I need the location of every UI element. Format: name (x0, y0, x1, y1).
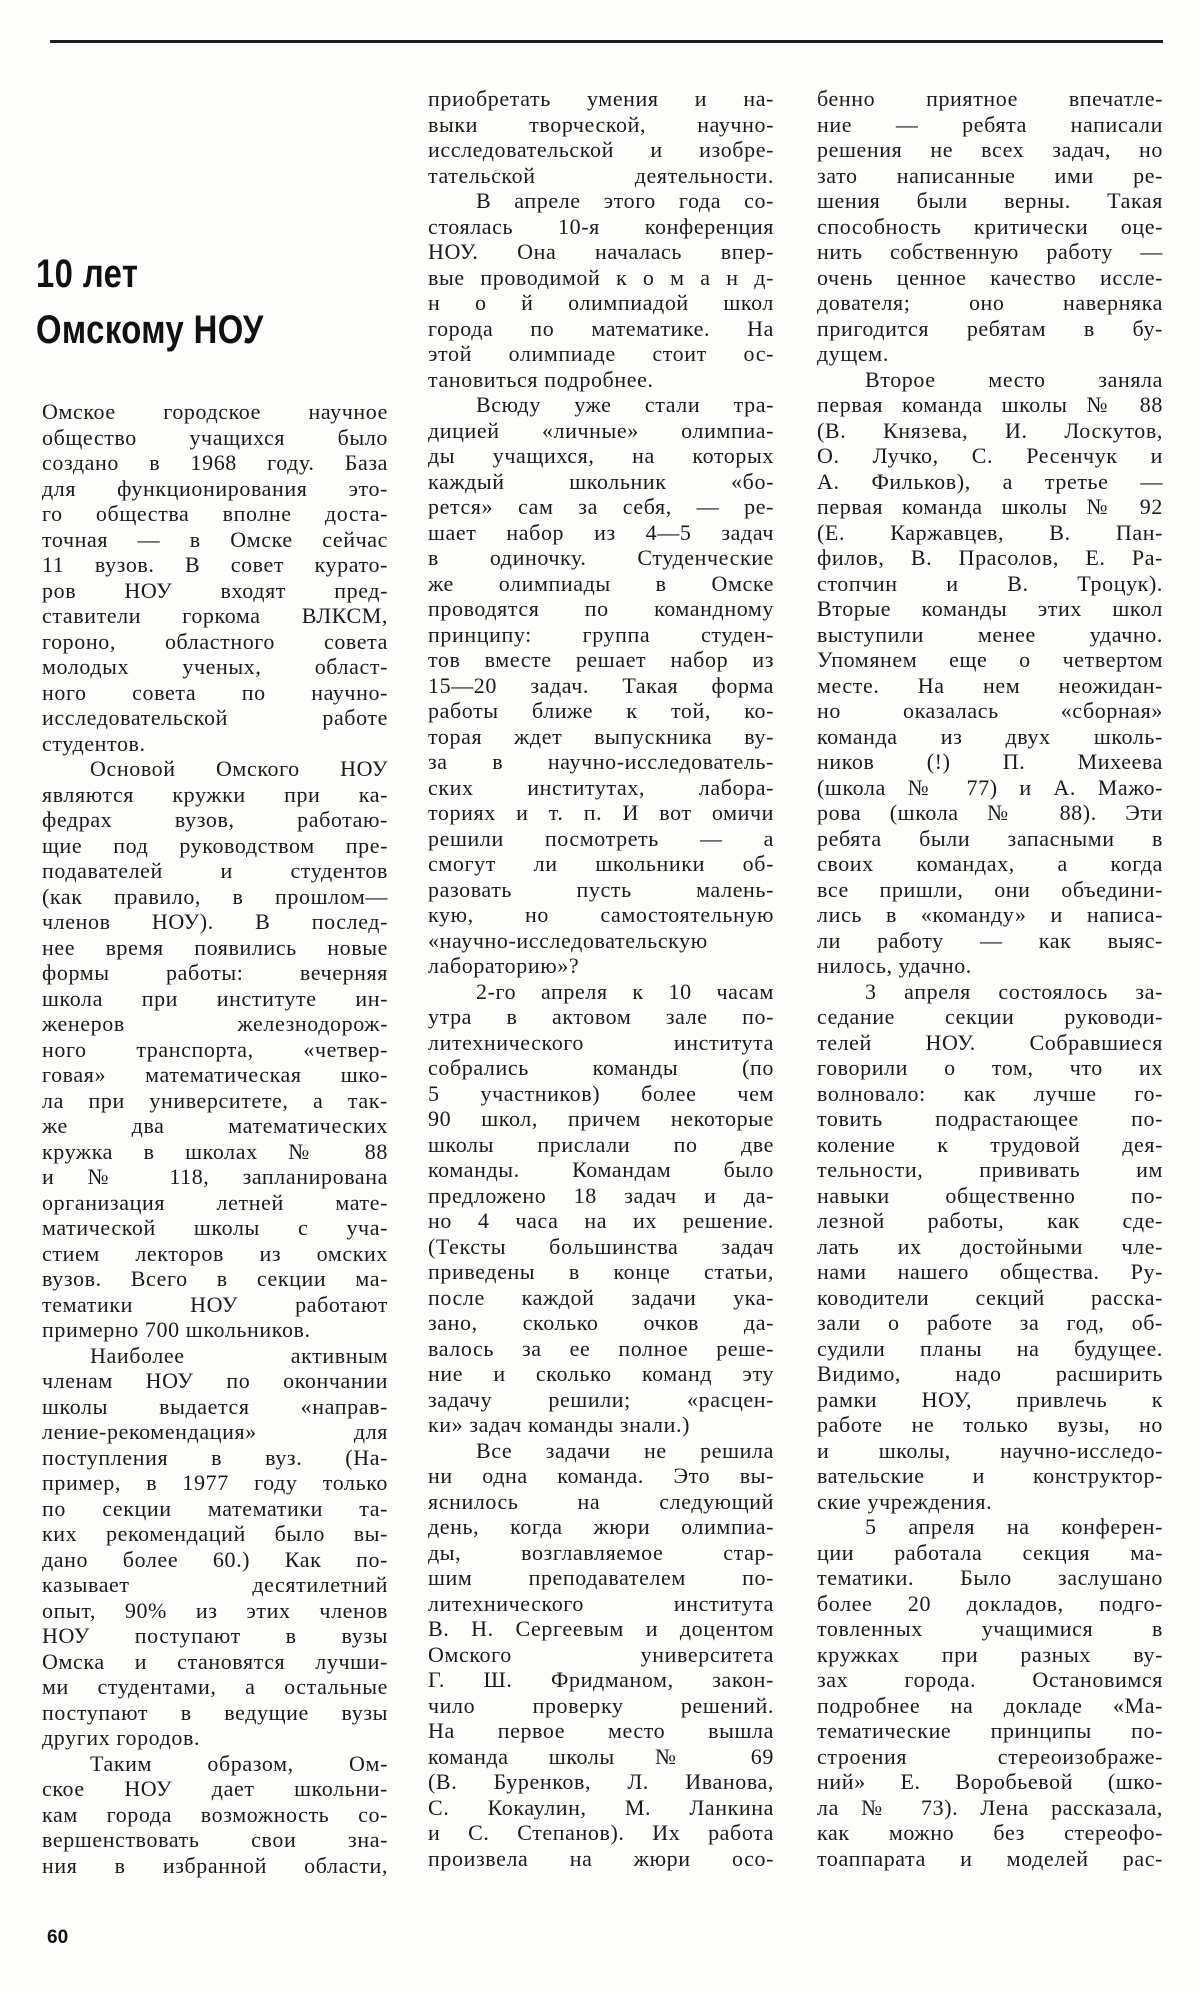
text-line: ководители секций расска- (817, 1285, 1163, 1311)
text-line: валось за ее полное реше- (428, 1336, 774, 1362)
text-line: работы ближе к той, ко- (428, 698, 774, 724)
text-line: проводятся по командному (428, 596, 774, 622)
text-line: н о й олимпиадой школ (428, 290, 774, 316)
text-line: команды. Командам было (428, 1157, 774, 1183)
text-line: На первое место вышла (428, 1718, 774, 1744)
text-line: ские учреждения. (817, 1489, 1163, 1515)
text-line: школа при институте ин- (42, 986, 388, 1012)
text-line: 15—20 задач. Такая форма (428, 673, 774, 699)
text-line: (школа № 77) и А. Мажо- (817, 775, 1163, 801)
text-line: Омска и становятся лучши- (42, 1649, 388, 1675)
text-line: собрались команды (по (428, 1055, 774, 1081)
text-line: Все задачи не решила (428, 1438, 774, 1464)
text-line: исследовательской работе (42, 705, 388, 731)
text-line: точная — в Омске сейчас (42, 527, 388, 553)
text-line: ких рекомендаций было вы- (42, 1521, 388, 1547)
text-line: ториях и т. п. И вот омичи (428, 800, 774, 826)
text-line: лезной работы, как сде- (817, 1208, 1163, 1234)
text-line: ции работала секция ма- (817, 1540, 1163, 1566)
text-line: товить подрастающее по- (817, 1106, 1163, 1132)
text-line: первая команда школы № 88 (817, 392, 1163, 418)
text-line: после каждой задачи ука- (428, 1285, 774, 1311)
text-line: же олимпиады в Омске (428, 571, 774, 597)
text-line: членов НОУ). В послед- (42, 909, 388, 935)
text-line: нами нашего общества. Ру- (817, 1259, 1163, 1285)
text-line: смогут ли школьники об- (428, 851, 774, 877)
text-line: выступили менее удачно. (817, 622, 1163, 648)
text-line: 3 апреля состоялось за- (817, 979, 1163, 1005)
text-line: кружках при разных ву- (817, 1642, 1163, 1668)
text-line: способность критически оце- (817, 214, 1163, 240)
text-line: решения не всех задач, но (817, 137, 1163, 163)
text-line: рамки НОУ, привлечь к (817, 1387, 1163, 1413)
text-line: общество учащихся было (42, 425, 388, 451)
text-line: студентов. (42, 731, 388, 757)
text-line: создано в 1968 году. База (42, 450, 388, 476)
text-line: каждый школьник «бо- (428, 469, 774, 495)
text-line: стием лекторов из омских (42, 1241, 388, 1267)
text-line: но 4 часа на их решение. (428, 1208, 774, 1234)
text-line: го общества вполне доста- (42, 501, 388, 527)
text-line: ла при университете, а так- (42, 1088, 388, 1114)
text-line: судили планы на будущее. (817, 1336, 1163, 1362)
text-line: тательской деятельности. (428, 163, 774, 189)
text-line: дователя; оно наверняка (817, 290, 1163, 316)
text-line: казывает десятилетний (42, 1572, 388, 1598)
text-line: команда школы № 69 (428, 1744, 774, 1770)
article-title-line-1: 10 лет (36, 246, 264, 302)
text-line: и школы, научно-исследо- (817, 1438, 1163, 1464)
text-line: коление к трудовой дея- (817, 1132, 1163, 1158)
text-line: нилось, удачно. (817, 953, 1163, 979)
article-title: 10 лет Омскому НОУ (36, 246, 264, 358)
text-line: тоаппарата и моделей рас- (817, 1846, 1163, 1872)
text-line: Упомянем еще о четвертом (817, 647, 1163, 673)
text-line: ний» Е. Воробьевой (шко- (817, 1769, 1163, 1795)
text-line: (как правило, в прошлом— (42, 884, 388, 910)
top-rule (50, 40, 1163, 43)
text-line: зали о работе за год, об- (817, 1310, 1163, 1336)
text-line: исследовательской и изобре- (428, 137, 774, 163)
text-line: А. Фильков), а третье — (817, 469, 1163, 495)
text-line: тельности, прививать им (817, 1157, 1163, 1183)
text-line: за в научно-исследователь- (428, 749, 774, 775)
text-line: О. Лучко, С. Ресенчук и (817, 443, 1163, 469)
text-line: 5 апреля на конферен- (817, 1514, 1163, 1540)
text-line: В. Н. Сергеевым и доцентом (428, 1616, 774, 1642)
text-line: тематики. Было заслушано (817, 1565, 1163, 1591)
text-line: Основой Омского НОУ (42, 756, 388, 782)
text-line: Вторые команды этих школ (817, 596, 1163, 622)
text-line: являются кружки при ка- (42, 782, 388, 808)
text-line: пример, в 1977 году только (42, 1470, 388, 1496)
text-line: вые проводимой к о м а н д- (428, 265, 774, 291)
text-line: В апреле этого года со- (428, 188, 774, 214)
text-line: ни одна команда. Это вы- (428, 1463, 774, 1489)
text-line: филов, В. Прасолов, Е. Ра- (817, 545, 1163, 571)
text-line: более 20 докладов, подго- (817, 1591, 1163, 1617)
text-line: по секции математики та- (42, 1496, 388, 1522)
text-line: (Е. Каржавцев, В. Пан- (817, 520, 1163, 546)
text-line: рова (школа № 88). Эти (817, 800, 1163, 826)
text-line: очень ценное качество иссле- (817, 265, 1163, 291)
text-line: тематики НОУ работают (42, 1292, 388, 1318)
text-line: кам города возможность со- (42, 1802, 388, 1828)
text-line: ление-рекомендация» для (42, 1419, 388, 1445)
text-line: матической школы с уча- (42, 1215, 388, 1241)
text-line: тановиться подробнее. (428, 367, 774, 393)
text-line: (В. Буренков, Л. Иванова, (428, 1769, 774, 1795)
text-line: ние и сколько команд эту (428, 1361, 774, 1387)
article-title-line-2: Омскому НОУ (36, 302, 264, 358)
text-line: шения были верны. Такая (817, 188, 1163, 214)
text-line: города по математике. На (428, 316, 774, 342)
text-line: молодых ученых, област- (42, 654, 388, 680)
text-line: ли работу — как выяс- (817, 928, 1163, 954)
text-line: торая ждет выпускника ву- (428, 724, 774, 750)
text-line: бенно приятное впечатле- (817, 86, 1163, 112)
text-line: НОУ. Она началась впер- (428, 239, 774, 265)
text-line: Наиболее активным (42, 1343, 388, 1369)
text-line: щие под руководством пре- (42, 833, 388, 859)
text-line: школы прислали по две (428, 1132, 774, 1158)
text-line: яснилось на следующий (428, 1489, 774, 1515)
text-line: (В. Князева, И. Лоскутов, (817, 418, 1163, 444)
text-line: решили посмотреть — а (428, 826, 774, 852)
text-line: опыт, 90% из этих членов (42, 1598, 388, 1624)
text-line: организация летней мате- (42, 1190, 388, 1216)
text-line: выки творческой, научно- (428, 112, 774, 138)
text-line: ния в избранной области, (42, 1853, 388, 1879)
text-line: (Тексты большинства задач (428, 1234, 774, 1260)
text-line: как можно без стереофо- (817, 1820, 1163, 1846)
text-line: ного транспорта, «четвер- (42, 1037, 388, 1063)
text-line: же два математических (42, 1113, 388, 1139)
text-line: поступления в вуз. (На- (42, 1445, 388, 1471)
text-line: разовать пусть малень- (428, 877, 774, 903)
text-line: ми студентами, а остальные (42, 1674, 388, 1700)
text-line: кую, но самостоятельную (428, 902, 774, 928)
text-line: ние — ребята написали (817, 112, 1163, 138)
text-line: ды учащихся, на которых (428, 443, 774, 469)
text-line: НОУ поступают в вузы (42, 1623, 388, 1649)
text-line: нее время появились новые (42, 935, 388, 961)
text-line: ских институтах, лабора- (428, 775, 774, 801)
text-line: ного совета по научно- (42, 680, 388, 706)
text-line: Г. Ш. Фридманом, закон- (428, 1667, 774, 1693)
text-line: ставители горкома ВЛКСМ, (42, 603, 388, 629)
text-line: принципу: группа студен- (428, 622, 774, 648)
text-line: вузов. Всего в секции ма- (42, 1266, 388, 1292)
text-line: предложено 18 задач и да- (428, 1183, 774, 1209)
text-line: лабораторию»? (428, 953, 774, 979)
text-line: своих командах, а когда (817, 851, 1163, 877)
text-line: дущем. (817, 341, 1163, 367)
text-line: работе не только вузы, но (817, 1412, 1163, 1438)
text-line: все пришли, они объедини- (817, 877, 1163, 903)
text-line: Всюду уже стали тра- (428, 392, 774, 418)
text-line: зато написанные ими ре- (817, 163, 1163, 189)
text-line: подробнее на докладе «Ма- (817, 1693, 1163, 1719)
text-line: литехнического института (428, 1030, 774, 1056)
text-line: день, когда жюри олимпиа- (428, 1514, 774, 1540)
text-line: ла № 73). Лена рассказала, (817, 1795, 1163, 1821)
text-line: других городов. (42, 1725, 388, 1751)
text-line: задачу решили; «расцен- (428, 1387, 774, 1413)
text-line: дицией «личные» олимпиа- (428, 418, 774, 444)
text-line: ребята были запасными в (817, 826, 1163, 852)
text-line: стопчин и В. Троцук). (817, 571, 1163, 597)
text-column-2: приобретать умения и на-выки творческой,… (428, 86, 774, 1871)
text-line: ское НОУ дает школьни- (42, 1776, 388, 1802)
text-line: в одиночку. Студенческие (428, 545, 774, 571)
text-line: 2-го апреля к 10 часам (428, 979, 774, 1005)
text-line: 11 вузов. В совет курато- (42, 552, 388, 578)
text-line: утра в актовом зале по- (428, 1004, 774, 1030)
text-line: и № 118, запланирована (42, 1164, 388, 1190)
text-line: чило проверку решений. (428, 1693, 774, 1719)
text-line: волновало: как лучше го- (817, 1081, 1163, 1107)
text-line: рется» сам за себя, — ре- (428, 494, 774, 520)
text-line: Таким образом, Ом- (42, 1751, 388, 1777)
text-line: лись в «команду» и написа- (817, 902, 1163, 928)
text-line: этой олимпиаде стоит ос- (428, 341, 774, 367)
text-line: примерно 700 школьников. (42, 1317, 388, 1343)
text-line: пригодится ребятам в бу- (817, 316, 1163, 342)
text-line: тов вместе решает набор из (428, 647, 774, 673)
text-line: ки» задач команды знали.) (428, 1412, 774, 1438)
text-line: строения стереоизображе- (817, 1744, 1163, 1770)
text-line: ды, возглавляемое стар- (428, 1540, 774, 1566)
text-line: и С. Степанов). Их работа (428, 1820, 774, 1846)
text-line: Омское городское научное (42, 399, 388, 425)
text-line: вательские и конструктор- (817, 1463, 1163, 1489)
text-line: «научно-исследовательскую (428, 928, 774, 954)
text-line: говорили о том, что их (817, 1055, 1163, 1081)
page-number: 60 (47, 1927, 68, 1949)
text-line: месте. На нем неожидан- (817, 673, 1163, 699)
text-line: дано более 60.) Как по- (42, 1547, 388, 1573)
text-line: поступают в ведущие вузы (42, 1700, 388, 1726)
text-line: вершенствовать свои зна- (42, 1827, 388, 1853)
text-line: 5 участников) более чем (428, 1081, 774, 1107)
text-line: зано, сколько очков да- (428, 1310, 774, 1336)
text-column-1: Омское городское научноеобщество учащихс… (42, 399, 388, 1878)
text-line: произвела на жюри осо- (428, 1846, 774, 1872)
text-line: кружка в школах № 88 (42, 1139, 388, 1165)
text-line: подавателей и студентов (42, 858, 388, 884)
text-line: 90 школ, причем некоторые (428, 1106, 774, 1132)
text-line: женеров железнодорож- (42, 1011, 388, 1037)
text-line: федрах вузов, работаю- (42, 807, 388, 833)
text-line: телей НОУ. Собравшиеся (817, 1030, 1163, 1056)
text-line: команда из двух школь- (817, 724, 1163, 750)
text-line: зах города. Остановимся (817, 1667, 1163, 1693)
text-line: Второе место заняла (817, 367, 1163, 393)
text-line: для функционирования это- (42, 476, 388, 502)
text-line: ников (!) П. Михеева (817, 749, 1163, 775)
text-line: шает набор из 4—5 задач (428, 520, 774, 546)
text-line: лать их достойными чле- (817, 1234, 1163, 1260)
text-line: ров НОУ входят пред- (42, 578, 388, 604)
text-line: шим преподавателем по- (428, 1565, 774, 1591)
text-line: говая» математическая шко- (42, 1062, 388, 1088)
text-line: но оказалась «сборная» (817, 698, 1163, 724)
text-column-3: бенно приятное впечатле-ние — ребята нап… (817, 86, 1163, 1871)
text-line: гороно, областного совета (42, 629, 388, 655)
text-line: тематические принципы по- (817, 1718, 1163, 1744)
text-line: формы работы: вечерняя (42, 960, 388, 986)
text-line: товленных учащимися в (817, 1616, 1163, 1642)
text-line: школы выдается «направ- (42, 1394, 388, 1420)
text-line: литехнического института (428, 1591, 774, 1617)
text-line: приведены в конце статьи, (428, 1259, 774, 1285)
text-line: нить собственную работу — (817, 239, 1163, 265)
text-line: С. Кокаулин, М. Ланкина (428, 1795, 774, 1821)
text-line: приобретать умения и на- (428, 86, 774, 112)
text-line: стоялась 10-я конференция (428, 214, 774, 240)
text-line: первая команда школы № 92 (817, 494, 1163, 520)
text-line: седание секции руководи- (817, 1004, 1163, 1030)
text-line: навыки общественно по- (817, 1183, 1163, 1209)
text-line: членам НОУ по окончании (42, 1368, 388, 1394)
text-line: Видимо, надо расширить (817, 1361, 1163, 1387)
text-line: Омского университета (428, 1642, 774, 1668)
